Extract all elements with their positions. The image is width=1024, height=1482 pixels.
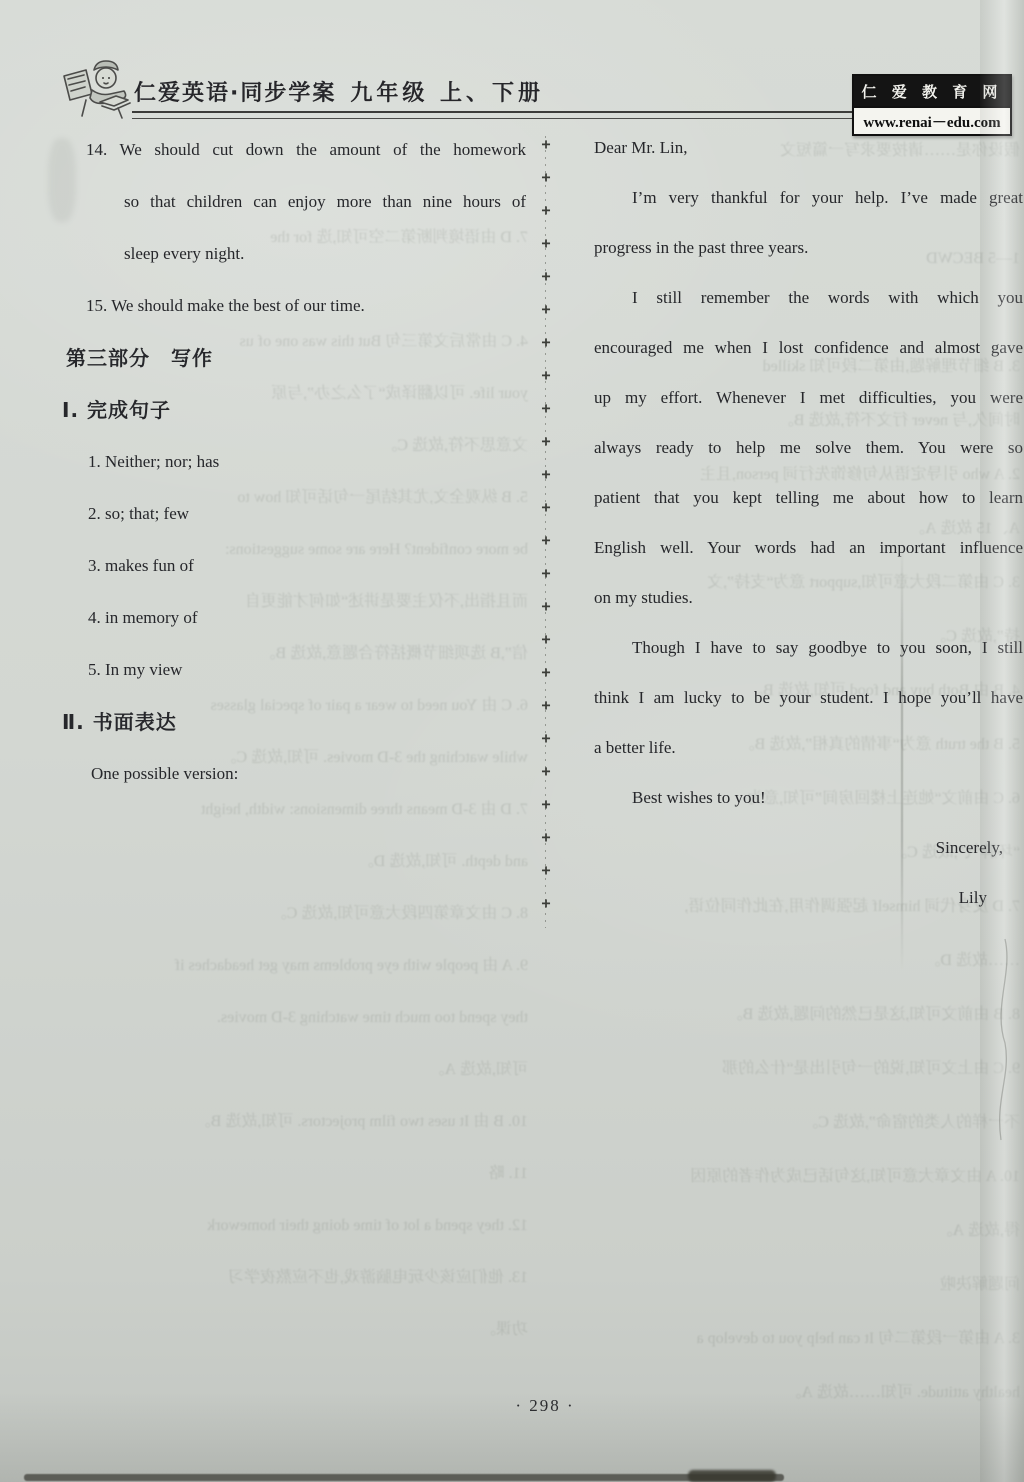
- text-line: Sincerely,: [594, 823, 1023, 873]
- text-line: 1. Neither; nor; has: [58, 436, 526, 488]
- page-header-title: 仁爱英语·同步学案九年级 上、下册: [134, 76, 544, 107]
- text-line: sleep every night.: [58, 228, 526, 280]
- text-line: 5. In my view: [58, 644, 526, 696]
- text-line: 14. We should cut down the amount of the…: [58, 124, 526, 176]
- ghost-line: ……故选 D。: [564, 934, 1020, 988]
- ghost-line: 得,故选 A。: [564, 1204, 1020, 1258]
- text-line: 第三部分 写作: [58, 332, 526, 384]
- text-line: One possible version:: [58, 748, 526, 800]
- grade-label: 九年级 上、下册: [350, 81, 544, 106]
- divider-cross-marks: + + + + + + + + + + + + + + + + + + + + …: [539, 128, 553, 920]
- text-line: 4. in memory of: [58, 592, 526, 644]
- vertical-crease: [901, 540, 903, 970]
- ghost-line: 10. A 由文章大意可知,这句话已成为作者的原因: [564, 1150, 1020, 1204]
- left-answer-column: 14. We should cut down the amount of the…: [58, 124, 526, 800]
- text-line: I still remember the words with which yo…: [594, 273, 1023, 323]
- bottom-scan-bar: [24, 1474, 784, 1481]
- text-line: English well. Your words had an importan…: [594, 523, 1023, 573]
- text-line: always ready to help me solve them. You …: [594, 423, 1023, 473]
- ghost-line: 可知,故选 A。: [28, 1044, 528, 1096]
- ghost-line: 8. C 由文章第四段大意可知,故选 C。: [28, 888, 528, 940]
- site-name: 仁 爱 教 育 网: [854, 76, 1010, 106]
- text-line: encouraged me when I lost confidence and…: [594, 323, 1023, 373]
- ghost-line: they spend too much time watching 3-D mo…: [28, 992, 528, 1044]
- right-letter-column: Dear Mr. Lin,I’m very thankful for your …: [594, 123, 1023, 923]
- text-line: 3. makes fun of: [58, 540, 526, 592]
- series-title: 仁爱英语·同步学案: [134, 81, 336, 106]
- ghost-line: 9. C 由上文可知,说的一句引出是“什么的那: [564, 1042, 1020, 1096]
- text-line: progress in the past three years.: [594, 223, 1023, 273]
- ghost-line: 问题解决啦: [564, 1258, 1020, 1312]
- text-line: Best wishes to you!: [594, 773, 1023, 823]
- ghost-line: 11. 略: [28, 1148, 528, 1200]
- ghost-line: 12. they spend a lot of time doing their…: [28, 1200, 528, 1252]
- text-line: a better life.: [594, 723, 1023, 773]
- ghost-line: 不一样的人类的宿命”,故选 C。: [564, 1096, 1020, 1150]
- bottom-dark-smudge: [688, 1470, 776, 1482]
- ghost-line: 功课。: [28, 1304, 528, 1356]
- text-line: Lily: [594, 873, 1023, 923]
- text-line: I’m very thankful for your help. I’ve ma…: [594, 173, 1023, 223]
- page-wrinkle-crack: [983, 935, 1023, 1145]
- ink-smudge: [48, 138, 76, 222]
- ghost-line: 13. 他们应该少玩电脑游戏,也不应熬夜学习: [28, 1252, 528, 1304]
- text-line: patient that you kept telling me about h…: [594, 473, 1023, 523]
- text-line: so that children can enjoy more than nin…: [58, 176, 526, 228]
- ghost-line: and depth. 可知,故选 D。: [28, 836, 528, 888]
- text-line: Ⅱ. 书面表达: [58, 696, 526, 748]
- book-page: 7. D 由语境判断第二空可知,选 for the4. C 由常后文第三句 Bu…: [0, 0, 1024, 1482]
- ghost-line: 9. A 由 people with eye problems may get …: [28, 940, 528, 992]
- ghost-line: 10. B 由 It uses two film projectors. 可知,…: [28, 1096, 528, 1148]
- text-line: up my effort. Whenever I met difficultie…: [594, 373, 1023, 423]
- ghost-line: 8. B 由前文可知,这是已然的问题,故选 B。: [564, 988, 1020, 1042]
- text-line: think I am lucky to be your student. I h…: [594, 673, 1023, 723]
- text-line: Though I have to say goodbye to you soon…: [594, 623, 1023, 673]
- text-line: Dear Mr. Lin,: [594, 123, 1023, 173]
- text-line: Ⅰ. 完成句子: [58, 384, 526, 436]
- column-divider: + + + + + + + + + + + + + + + + + + + + …: [539, 136, 553, 928]
- text-line: on my studies.: [594, 573, 1023, 623]
- text-line: 15. We should make the best of our time.: [58, 280, 526, 332]
- page-number: · 298 ·: [445, 1396, 645, 1416]
- mascot-reading-boy-icon: [56, 56, 138, 120]
- ghost-line: 3. A 由第一段第二句 It can help you to develop …: [564, 1312, 1020, 1366]
- text-line: 2. so; that; few: [58, 488, 526, 540]
